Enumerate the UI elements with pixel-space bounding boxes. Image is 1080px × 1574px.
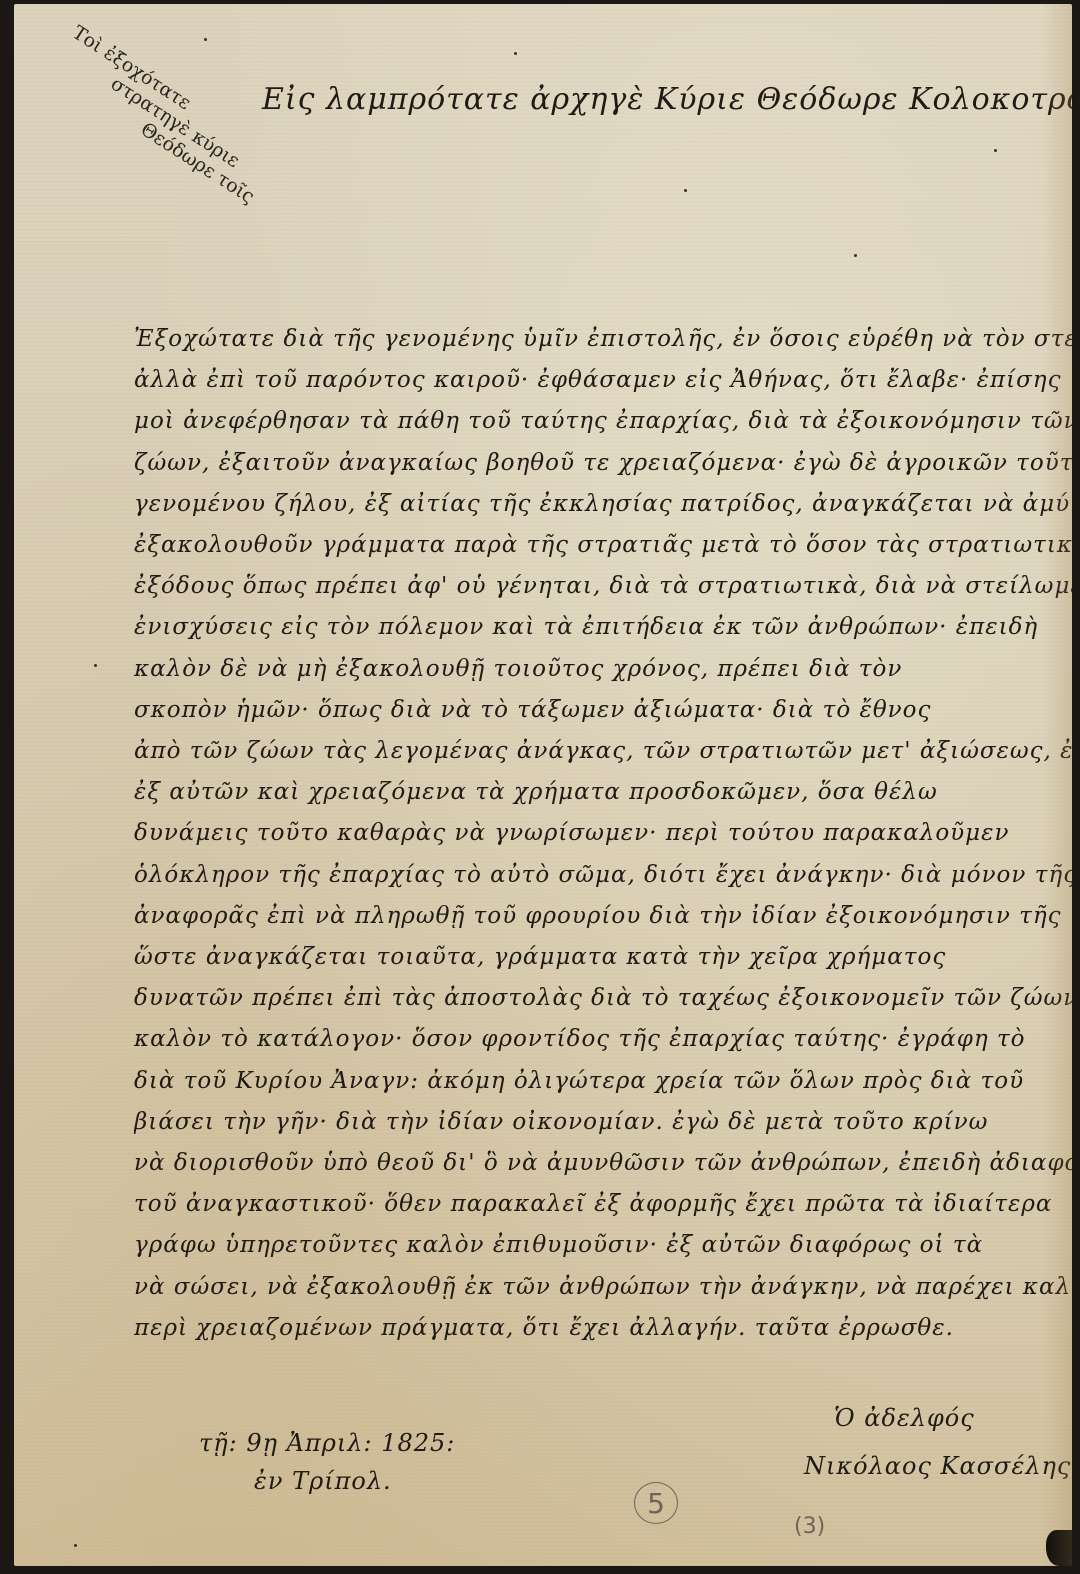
- dateline: τῇ: 9ῃ Ἀπριλ: 1825:: [199, 1429, 455, 1457]
- paper-speck: [514, 52, 517, 55]
- body-line-text: δυνατῶν πρέπει ἐπὶ τὰς ἀποστολὰς διὰ τὸ …: [134, 985, 1074, 1011]
- signature: Νικόλαος Κασσέλης: [804, 1452, 1071, 1480]
- body-line: ἀλλὰ ἐπὶ τοῦ παρόντος καιροῦ· ἐφθάσαμεν …: [134, 367, 1074, 393]
- body-line: ἐξ αὐτῶν καὶ χρειαζόμενα τὰ χρήματα προσ…: [134, 779, 1074, 805]
- body-line-text: ζώων, ἐξαιτοῦν ἀναγκαίως βοηθοῦ τε χρεια…: [134, 450, 1074, 476]
- body-line-text: ὥστε ἀναγκάζεται τοιαῦτα, γράμματα κατὰ …: [134, 944, 1074, 970]
- ink-damage: [1046, 1530, 1072, 1566]
- body-line-text: ἐξ αὐτῶν καὶ χρειαζόμενα τὰ χρήματα προσ…: [134, 779, 1074, 805]
- body-line-text: ἀλλὰ ἐπὶ τοῦ παρόντος καιροῦ· ἐφθάσαμεν …: [134, 367, 1074, 393]
- archive-folio-number: 5: [634, 1482, 678, 1524]
- body-line: καλὸν δὲ νὰ μὴ ἐξακολουθῇ τοιοῦτος χρόνο…: [134, 656, 1074, 682]
- body-line: τοῦ ἀναγκαστικοῦ· ὅθεν παρακαλεῖ ἐξ ἀφορ…: [134, 1191, 1074, 1217]
- body-line: ζώων, ἐξαιτοῦν ἀναγκαίως βοηθοῦ τε χρεια…: [134, 450, 1074, 476]
- body-line-text: ἐξόδους ὅπως πρέπει ἀφ' οὗ γένηται, διὰ …: [134, 573, 1074, 599]
- body-line-text: ὁλόκληρον τῆς ἐπαρχίας τὸ αὐτὸ σῶμα, διό…: [134, 862, 1074, 888]
- body-line: ἐνισχύσεις εἰς τὸν πόλεμον καὶ τὰ ἐπιτήδ…: [134, 614, 1074, 640]
- body-line: γενομένου ζήλου, ἐξ αἰτίας τῆς ἐκκλησίας…: [134, 491, 1074, 517]
- paper-speck: [94, 664, 97, 667]
- body-line-text: μοὶ ἀνεφέρθησαν τὰ πάθη τοῦ ταύτης ἐπαρχ…: [134, 408, 1074, 434]
- body-line-text: Ἐξοχώτατε διὰ τῆς γενομένης ὑμῖν ἐπιστολ…: [134, 326, 1074, 352]
- body-line-text: γράφω ὑπηρετοῦντες καλὸν ἐπιθυμοῦσιν· ἐξ…: [134, 1232, 1074, 1258]
- body-line: περὶ χρειαζομένων πράγματα, ὅτι ἔχει ἀλλ…: [134, 1315, 1074, 1341]
- body-line-text: διὰ τοῦ Κυρίου Ἀναγν: ἀκόμη ὀλιγώτερα χρ…: [134, 1068, 1074, 1094]
- letter-heading: Εἰς λαμπρότατε ἀρχηγὲ Κύριε Θεόδωρε Κολο…: [262, 82, 1080, 117]
- body-line: σκοπὸν ἡμῶν· ὅπως διὰ νὰ τὸ τάξωμεν ἀξιώ…: [134, 697, 1074, 723]
- body-line-text: νὰ σώσει, νὰ ἐξακολουθῇ ἐκ τῶν ἀνθρώπων …: [134, 1274, 1074, 1300]
- body-line: ὥστε ἀναγκάζεται τοιαῦτα, γράμματα κατὰ …: [134, 944, 1074, 970]
- manuscript-page: Τοὶ ἐξοχότατε στρατηγὲ κύριε Θεόδωρε τοῖ…: [14, 4, 1072, 1566]
- body-line-text: τοῦ ἀναγκαστικοῦ· ὅθεν παρακαλεῖ ἐξ ἀφορ…: [134, 1191, 1074, 1217]
- body-line-text: καλὸν τὸ κατάλογον· ὅσον φροντίδος τῆς ἐ…: [134, 1026, 1074, 1052]
- archive-pencil-number: (3): [794, 1514, 825, 1539]
- body-line: δυνάμεις τοῦτο καθαρὰς νὰ γνωρίσωμεν· πε…: [134, 820, 1074, 846]
- paper-speck: [204, 38, 207, 41]
- body-line-text: ἐνισχύσεις εἰς τὸν πόλεμον καὶ τὰ ἐπιτήδ…: [134, 614, 1074, 640]
- closing-salutation: Ὁ ἀδελφός: [834, 1404, 975, 1432]
- paper-speck: [854, 254, 857, 257]
- body-line: νὰ διορισθοῦν ὑπὸ θεοῦ δι' ὃ νὰ ἀμυνθῶσι…: [134, 1150, 1074, 1176]
- body-line: ἐξόδους ὅπως πρέπει ἀφ' οὗ γένηται, διὰ …: [134, 573, 1074, 599]
- paper-speck: [684, 189, 687, 192]
- body-line: ἐξακολουθοῦν γράμματα παρὰ τῆς στρατιᾶς …: [134, 532, 1074, 558]
- body-line: Ἐξοχώτατε διὰ τῆς γενομένης ὑμῖν ἐπιστολ…: [134, 326, 1074, 352]
- body-line-text: περὶ χρειαζομένων πράγματα, ὅτι ἔχει ἀλλ…: [134, 1315, 1074, 1341]
- body-line: νὰ σώσει, νὰ ἐξακολουθῇ ἐκ τῶν ἀνθρώπων …: [134, 1274, 1074, 1300]
- paper-speck: [994, 149, 997, 152]
- body-line: βιάσει τὴν γῆν· διὰ τὴν ἰδίαν οἰκονομίαν…: [134, 1109, 1074, 1135]
- body-line-text: δυνάμεις τοῦτο καθαρὰς νὰ γνωρίσωμεν· πε…: [134, 820, 1074, 846]
- body-line-text: ἐξακολουθοῦν γράμματα παρὰ τῆς στρατιᾶς …: [134, 532, 1074, 558]
- body-line: δυνατῶν πρέπει ἐπὶ τὰς ἀποστολὰς διὰ τὸ …: [134, 985, 1074, 1011]
- body-line: ἀπὸ τῶν ζώων τὰς λεγομένας ἀνάγκας, τῶν …: [134, 738, 1074, 764]
- body-line-text: νὰ διορισθοῦν ὑπὸ θεοῦ δι' ὃ νὰ ἀμυνθῶσι…: [134, 1150, 1074, 1176]
- body-line-text: γενομένου ζήλου, ἐξ αἰτίας τῆς ἐκκλησίας…: [134, 491, 1074, 517]
- body-line-text: ἀπὸ τῶν ζώων τὰς λεγομένας ἀνάγκας, τῶν …: [134, 738, 1074, 764]
- body-line: καλὸν τὸ κατάλογον· ὅσον φροντίδος τῆς ἐ…: [134, 1026, 1074, 1052]
- body-line-text: βιάσει τὴν γῆν· διὰ τὴν ἰδίαν οἰκονομίαν…: [134, 1109, 1074, 1135]
- body-line: μοὶ ἀνεφέρθησαν τὰ πάθη τοῦ ταύτης ἐπαρχ…: [134, 408, 1074, 434]
- margin-note: Τοὶ ἐξοχότατε στρατηγὲ κύριε Θεόδωρε τοῖ…: [36, 16, 282, 208]
- paper-speck: [74, 1544, 77, 1547]
- dateline-place: ἐν Τρίπολ.: [254, 1467, 392, 1495]
- body-line-text: σκοπὸν ἡμῶν· ὅπως διὰ νὰ τὸ τάξωμεν ἀξιώ…: [134, 697, 1074, 723]
- body-line: ὁλόκληρον τῆς ἐπαρχίας τὸ αὐτὸ σῶμα, διό…: [134, 862, 1074, 888]
- body-line-text: ἀναφορᾶς ἐπὶ νὰ πληρωθῇ τοῦ φρουρίου διὰ…: [134, 903, 1074, 929]
- body-line: ἀναφορᾶς ἐπὶ νὰ πληρωθῇ τοῦ φρουρίου διὰ…: [134, 903, 1074, 929]
- body-line: διὰ τοῦ Κυρίου Ἀναγν: ἀκόμη ὀλιγώτερα χρ…: [134, 1068, 1074, 1094]
- body-line: γράφω ὑπηρετοῦντες καλὸν ἐπιθυμοῦσιν· ἐξ…: [134, 1232, 1074, 1258]
- body-line-text: καλὸν δὲ νὰ μὴ ἐξακολουθῇ τοιοῦτος χρόνο…: [134, 656, 1074, 682]
